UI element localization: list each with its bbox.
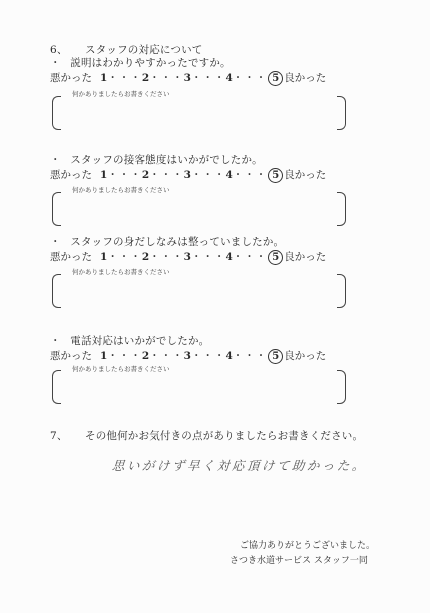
- bullet: ・: [50, 154, 61, 166]
- question-4: ・ 電話対応はいかがでしたか。: [50, 335, 209, 348]
- scale-low-label: 悪かった: [50, 350, 92, 363]
- bullet: ・: [50, 57, 61, 69]
- question-2: ・ スタッフの接客態度はいかがでしたか。: [50, 154, 263, 167]
- rating-option-2[interactable]: 2: [142, 350, 149, 363]
- comment-box-1-left-bracket: [52, 96, 61, 130]
- scale-high-label: 良かった: [284, 169, 326, 182]
- rating-option-3[interactable]: 3: [184, 251, 191, 264]
- separator: ・・・: [233, 72, 268, 85]
- question-3: ・ スタッフの身だしなみは整っていましたか。: [50, 236, 284, 249]
- comment-box-2-left-bracket: [52, 192, 61, 226]
- section-6-number: 6、: [50, 44, 68, 57]
- bullet: ・: [50, 236, 61, 248]
- scale-low-label: 悪かった: [50, 169, 92, 182]
- rating-option-5-selected[interactable]: 5: [268, 250, 283, 265]
- separator: ・・・: [149, 251, 184, 264]
- rating-option-1[interactable]: 1: [100, 169, 107, 182]
- question-1: ・ 説明はわかりやすかったですか。: [50, 57, 231, 70]
- separator: ・・・: [107, 350, 142, 363]
- separator: ・・・: [233, 251, 268, 264]
- scale-low-label: 悪かった: [50, 251, 92, 264]
- comment-box-3-right-bracket: [337, 274, 346, 308]
- separator: ・・・: [149, 169, 184, 182]
- comment-prompt-3: 何かありましたらお書きください: [72, 268, 170, 276]
- comment-box-3[interactable]: [62, 276, 332, 304]
- rating-option-4[interactable]: 4: [225, 72, 232, 85]
- rating-option-3[interactable]: 3: [184, 72, 191, 85]
- separator: ・・・: [107, 251, 142, 264]
- comment-box-3-left-bracket: [52, 274, 61, 308]
- comment-box-4-left-bracket: [52, 370, 61, 404]
- rating-option-2[interactable]: 2: [142, 169, 149, 182]
- section-6-title: スタッフの対応について: [85, 44, 203, 57]
- scale-low-label: 悪かった: [50, 72, 92, 85]
- rating-option-3[interactable]: 3: [184, 169, 191, 182]
- comment-box-4-right-bracket: [337, 370, 346, 404]
- handwritten-answer[interactable]: 思いがけず早く対応頂けて助かった。: [111, 456, 367, 474]
- comment-prompt-1: 何かありましたらお書きください: [72, 90, 170, 98]
- separator: ・・・: [191, 251, 226, 264]
- rating-option-2[interactable]: 2: [142, 251, 149, 264]
- section-7-number: 7、: [50, 430, 68, 443]
- separator: ・・・: [149, 72, 184, 85]
- question-4-text: 電話対応はいかがでしたか。: [70, 335, 209, 347]
- rating-scale-1: 悪かった 1 ・・・ 2 ・・・ 3 ・・・ 4 ・・・ 5 良かった: [50, 71, 326, 86]
- comment-box-4[interactable]: [62, 372, 332, 400]
- closing-signature: さつき水道サービス スタッフ一同: [230, 555, 368, 567]
- separator: ・・・: [233, 169, 268, 182]
- question-1-text: 説明はわかりやすかったですか。: [70, 57, 231, 69]
- separator: ・・・: [107, 72, 142, 85]
- rating-option-5-selected[interactable]: 5: [268, 168, 283, 183]
- comment-box-1[interactable]: [62, 98, 332, 126]
- comment-box-2-right-bracket: [337, 192, 346, 226]
- scale-high-label: 良かった: [284, 251, 326, 264]
- scale-high-label: 良かった: [284, 72, 326, 85]
- separator: ・・・: [107, 169, 142, 182]
- separator: ・・・: [191, 169, 226, 182]
- rating-option-1[interactable]: 1: [100, 251, 107, 264]
- rating-option-1[interactable]: 1: [100, 350, 107, 363]
- rating-scale-2: 悪かった 1 ・・・ 2 ・・・ 3 ・・・ 4 ・・・ 5 良かった: [50, 168, 326, 183]
- bullet: ・: [50, 335, 61, 347]
- comment-prompt-2: 何かありましたらお書きください: [72, 186, 170, 194]
- comment-box-1-right-bracket: [337, 96, 346, 130]
- question-3-text: スタッフの身だしなみは整っていましたか。: [70, 236, 284, 248]
- scale-high-label: 良かった: [284, 350, 326, 363]
- rating-option-2[interactable]: 2: [142, 72, 149, 85]
- question-2-text: スタッフの接客態度はいかがでしたか。: [70, 154, 263, 166]
- rating-option-5-selected[interactable]: 5: [268, 349, 283, 364]
- section-7-title: その他何かお気付きの点がありましたらお書きください。: [85, 430, 363, 443]
- separator: ・・・: [191, 350, 226, 363]
- separator: ・・・: [191, 72, 226, 85]
- rating-option-4[interactable]: 4: [225, 169, 232, 182]
- rating-scale-3: 悪かった 1 ・・・ 2 ・・・ 3 ・・・ 4 ・・・ 5 良かった: [50, 250, 326, 265]
- rating-option-1[interactable]: 1: [100, 72, 107, 85]
- rating-option-3[interactable]: 3: [184, 350, 191, 363]
- rating-option-4[interactable]: 4: [225, 350, 232, 363]
- separator: ・・・: [233, 350, 268, 363]
- rating-option-4[interactable]: 4: [225, 251, 232, 264]
- rating-scale-4: 悪かった 1 ・・・ 2 ・・・ 3 ・・・ 4 ・・・ 5 良かった: [50, 349, 326, 364]
- closing-thanks: ご協力ありがとうございました。: [240, 540, 375, 552]
- comment-box-2[interactable]: [62, 194, 332, 222]
- separator: ・・・: [149, 350, 184, 363]
- rating-option-5-selected[interactable]: 5: [268, 71, 283, 86]
